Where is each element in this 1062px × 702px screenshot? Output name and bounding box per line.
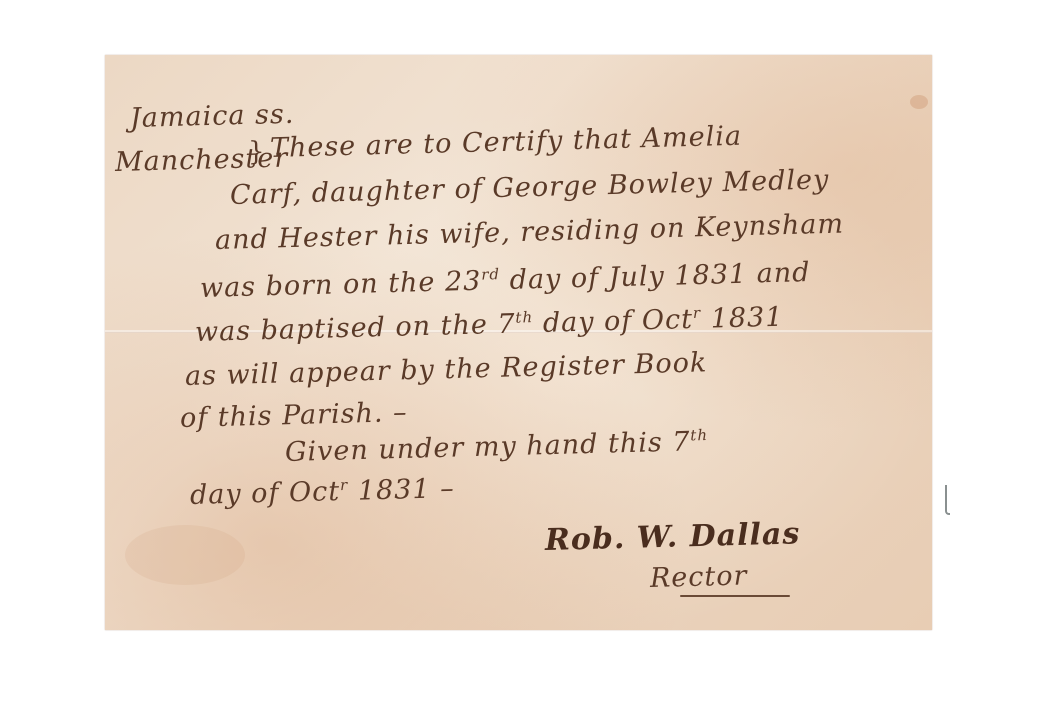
- body-line-4: was born on the 23rd day of July 1831 an…: [200, 257, 811, 304]
- baptism-month-text: day of Oct: [533, 304, 694, 339]
- baptism-year-text: 1831: [701, 302, 784, 335]
- closing-line-2: day of Octr 1831 –: [190, 473, 455, 511]
- signature-name: Rob. W. Dallas: [545, 516, 801, 558]
- signature-underline: [680, 595, 790, 597]
- closing-day-text: day of Oct: [190, 476, 341, 511]
- body-line-1: These are to Certify that Amelia: [270, 121, 743, 164]
- closing-year-text: 1831 –: [348, 473, 455, 507]
- ordinal-suffix: th: [515, 308, 533, 326]
- body-line-2: Carf, daughter of George Bowley Medley: [230, 164, 830, 211]
- closing-line-1: Given under my hand this 7th: [285, 426, 709, 468]
- paper-stain: [125, 525, 245, 585]
- ordinal-suffix: rd: [481, 265, 500, 283]
- closing-given-text: Given under my hand this 7: [285, 426, 691, 468]
- baptism-text: was baptised on the 7: [195, 309, 516, 348]
- header-place-jamaica: Jamaica ss.: [130, 99, 295, 134]
- signature-title: Rector: [650, 560, 748, 594]
- scan-edge-mark: [945, 485, 950, 515]
- paper-stain: [910, 95, 928, 109]
- birth-date-text: day of July 1831 and: [500, 257, 811, 296]
- ordinal-suffix: th: [690, 426, 708, 444]
- certificate-paper: Jamaica ss. Manchester } These are to Ce…: [105, 55, 932, 630]
- birth-text: was born on the 23: [200, 266, 482, 304]
- brace-mark: }: [248, 137, 265, 167]
- body-line-5: was baptised on the 7th day of Octr 1831: [195, 302, 784, 348]
- body-line-6: as will appear by the Register Book: [185, 347, 708, 392]
- body-line-3: and Hester his wife, residing on Keynsha…: [215, 209, 845, 256]
- body-line-7: of this Parish. –: [180, 397, 408, 434]
